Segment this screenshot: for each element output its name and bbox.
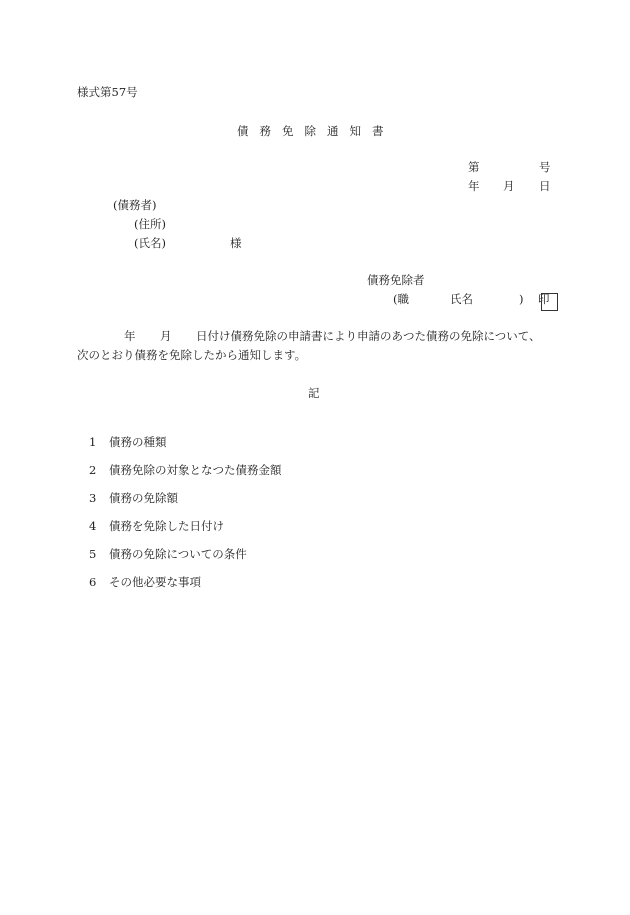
list-item-number: 6 xyxy=(89,577,109,589)
exemptor-close-paren: ) xyxy=(519,294,524,306)
list-item-number: 3 xyxy=(89,493,109,505)
list-item-number: 1 xyxy=(89,437,109,449)
date-month: 月 xyxy=(503,181,515,193)
list-item-number: 4 xyxy=(89,521,109,533)
list-item-text: 債務の種類 xyxy=(109,435,167,449)
debtor-address-label: (住所) xyxy=(134,219,166,231)
list-item-number: 5 xyxy=(89,549,109,561)
date-day: 日 xyxy=(539,181,551,193)
date-year: 年 xyxy=(468,181,480,193)
body-line2: 次のとおり債務を免除したから通知します。 xyxy=(77,350,306,362)
document-title: 債務免除通知書 xyxy=(237,126,395,138)
list-item-text: その他必要な事項 xyxy=(109,575,201,589)
body-year: 年 xyxy=(124,331,136,343)
seal-box xyxy=(541,293,558,311)
form-number: 様式第57号 xyxy=(77,87,138,99)
list-item: 6その他必要な事項 xyxy=(89,577,201,589)
exemptor-label: 債務免除者 xyxy=(367,275,425,287)
number-prefix: 第 xyxy=(468,162,480,174)
list-item-text: 債務を免除した日付け xyxy=(109,519,224,533)
note-heading: 記 xyxy=(308,388,320,400)
debtor-honorific: 様 xyxy=(230,238,242,250)
list-item-text: 債務の免除についての条件 xyxy=(109,547,247,561)
debtor-name-label: (氏名) xyxy=(134,238,166,250)
list-item: 2債務免除の対象となつた債務金額 xyxy=(89,465,282,477)
number-suffix: 号 xyxy=(539,162,551,174)
body-line1: 日付け債務免除の申請書により申請のあつた債務の免除について、 xyxy=(196,331,541,343)
body-month: 月 xyxy=(160,331,172,343)
exemptor-position-label: (職 xyxy=(393,294,409,306)
list-item: 3債務の免除額 xyxy=(89,493,178,505)
list-item-number: 2 xyxy=(89,465,109,477)
exemptor-name-label: 氏名 xyxy=(450,294,473,306)
list-item: 5債務の免除についての条件 xyxy=(89,549,247,561)
list-item: 1債務の種類 xyxy=(89,437,167,449)
list-item-text: 債務の免除額 xyxy=(109,491,178,505)
debtor-label: (債務者) xyxy=(113,200,156,212)
list-item: 4債務を免除した日付け xyxy=(89,521,224,533)
list-item-text: 債務免除の対象となつた債務金額 xyxy=(109,463,282,477)
